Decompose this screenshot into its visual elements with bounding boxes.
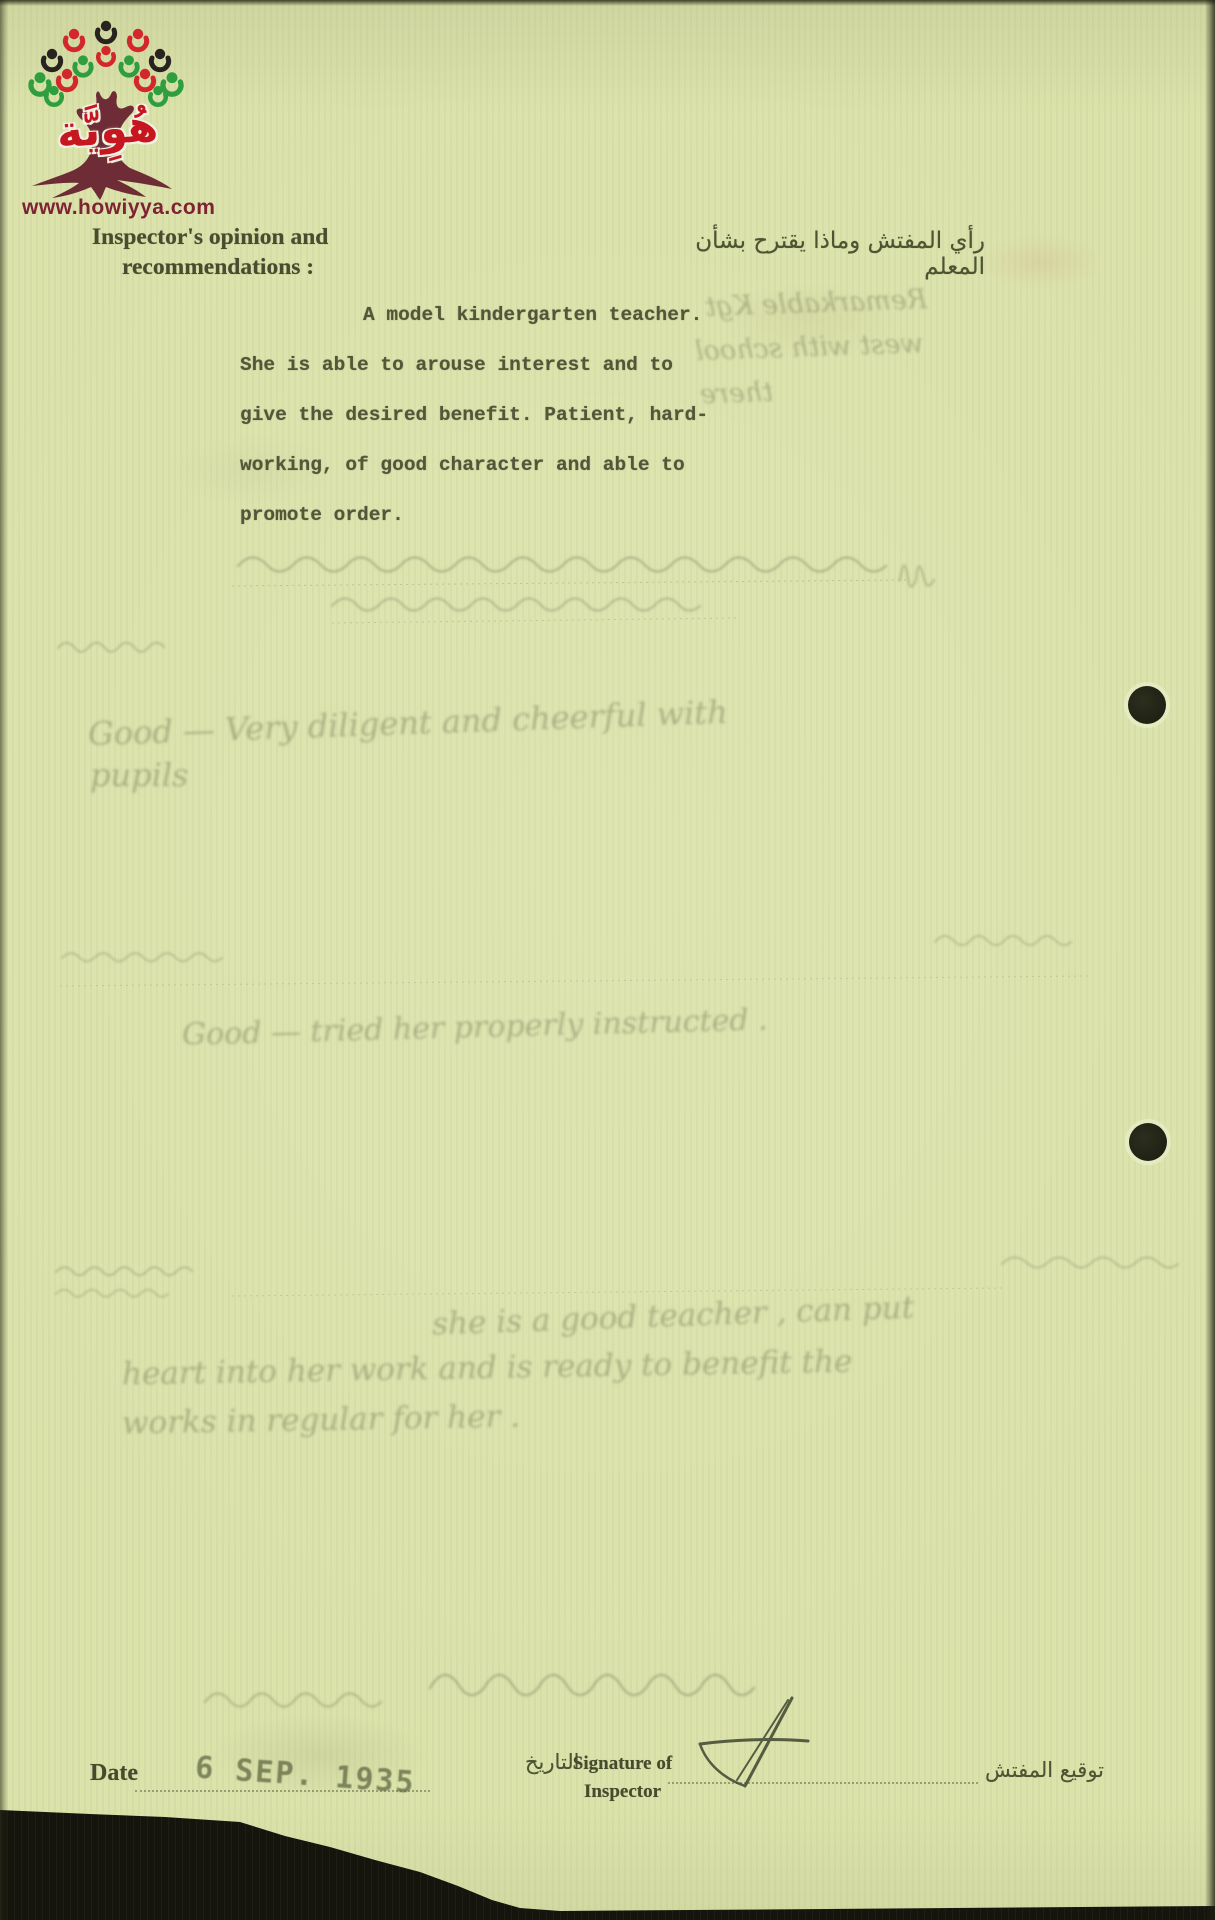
inspector-opinion-heading: Inspector's opinion and recommendations … bbox=[92, 222, 352, 282]
opinion-line: working, of good character and able to bbox=[240, 440, 720, 490]
heading-line-2: recommendations : bbox=[122, 252, 352, 282]
watermark-url: www.howiyya.com bbox=[22, 196, 215, 220]
opinion-line: promote order. bbox=[240, 490, 720, 540]
signature-label-line-2: Inspector bbox=[560, 1778, 685, 1806]
opinion-line: A model kindergarten teacher. bbox=[240, 290, 720, 340]
signature-label-line-1: Signature of bbox=[560, 1750, 685, 1778]
inspector-opinion-heading-arabic: رأي المفتش وماذا يقترح بشأن المعلم bbox=[640, 228, 985, 280]
opinion-line: She is able to arouse interest and to bbox=[240, 340, 720, 390]
ghost-pencil-note: pupils bbox=[90, 756, 188, 794]
typed-opinion-paragraph: A model kindergarten teacher. She is abl… bbox=[240, 290, 720, 540]
hole-punch-dot-1 bbox=[1128, 686, 1166, 724]
date-label: Date bbox=[90, 1760, 138, 1787]
ghost-pencil-note: works in regular for her . bbox=[122, 1399, 521, 1442]
scanned-document-page: هُوِيَّة www.howiyya.com Inspector's opi… bbox=[0, 0, 1215, 1920]
hole-punch-dot-2 bbox=[1129, 1123, 1167, 1161]
scan-edge-left bbox=[0, 0, 8, 1920]
logo-calligraphy: هُوِيَّة bbox=[46, 100, 159, 159]
heading-line-1: Inspector's opinion and bbox=[92, 222, 352, 252]
howiyya-logo: هُوِيَّة www.howiyya.com bbox=[14, 4, 209, 224]
signature-label: Signature of Inspector bbox=[560, 1750, 685, 1806]
inspector-signature-mark bbox=[688, 1686, 818, 1791]
scan-edge-right bbox=[1205, 0, 1215, 1920]
bleed-through-ghost-layer bbox=[0, 0, 1215, 1920]
ghost-mirror-text: there bbox=[699, 377, 773, 411]
scan-edge-top bbox=[0, 0, 1215, 6]
opinion-line: give the desired benefit. Patient, hard- bbox=[240, 390, 720, 440]
signature-label-arabic: توقيع المفتش bbox=[985, 1758, 1104, 1782]
